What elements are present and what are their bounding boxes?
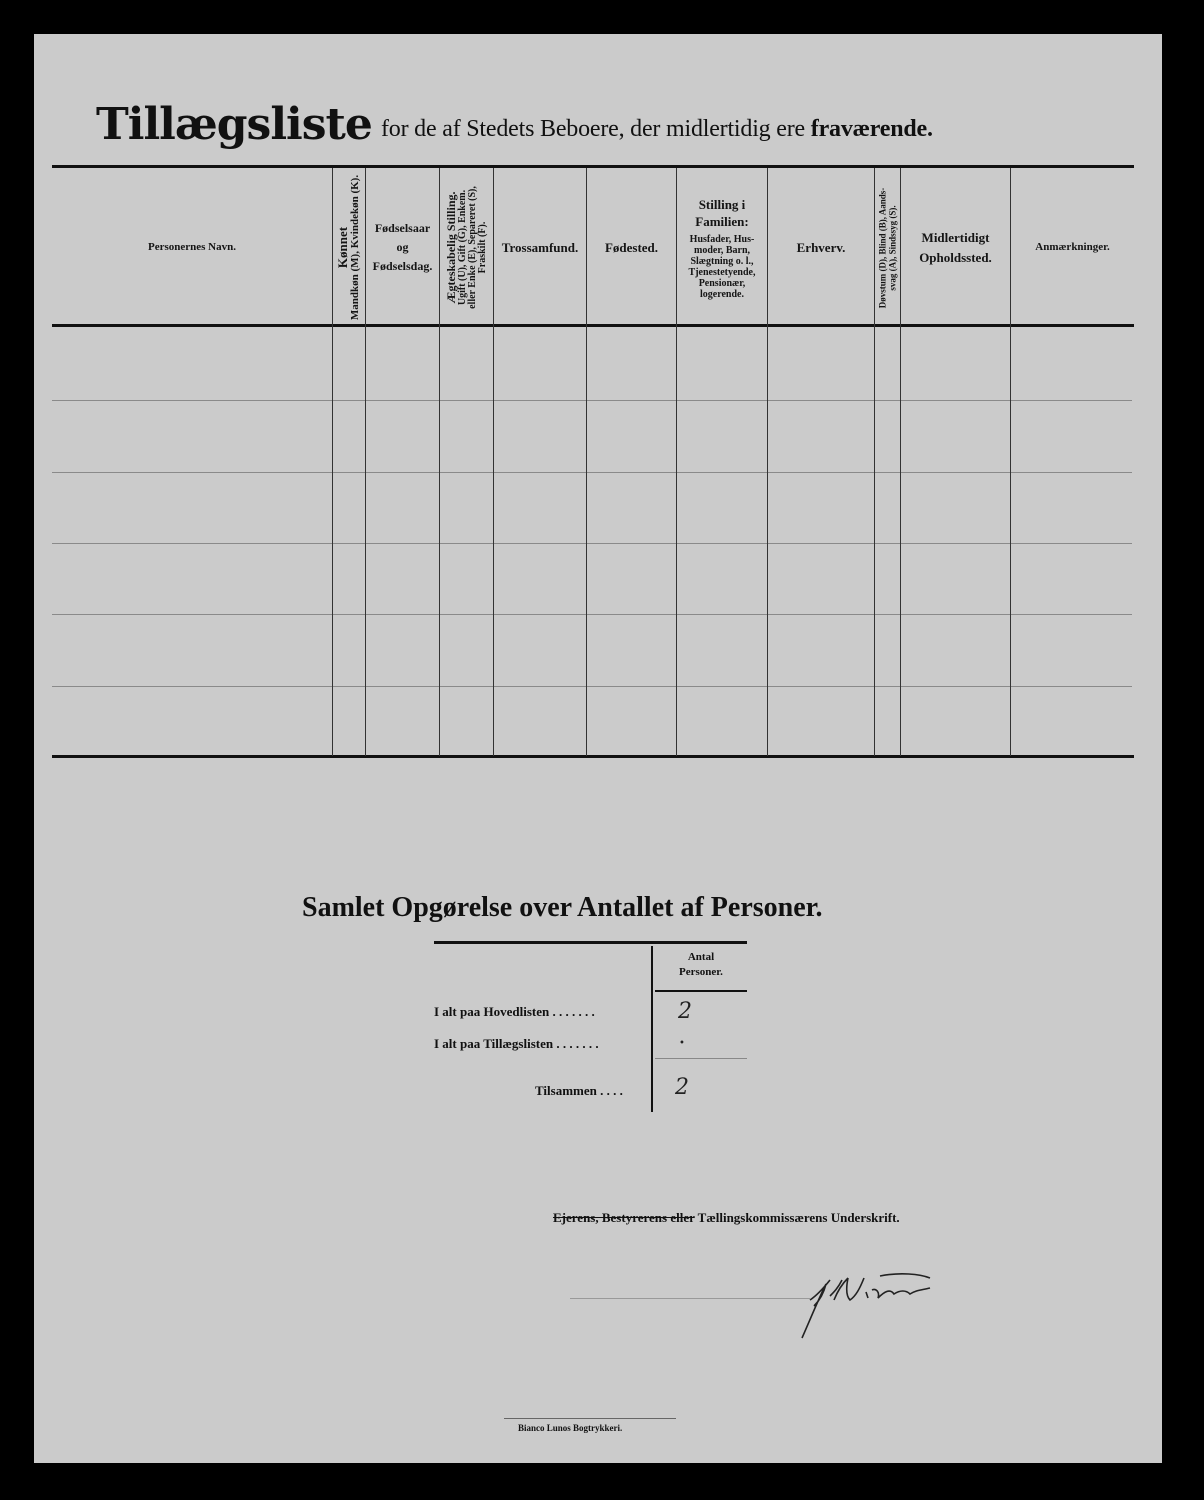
disability-line2: svag (A), Sindssyg (S). — [888, 187, 898, 308]
family-line2: Familien: — [695, 213, 748, 230]
summary-row-supplement-label: I alt paa Tillægslisten . . . . . . . — [434, 1036, 599, 1052]
remarks-label: Anmærkninger. — [1035, 241, 1109, 254]
form-subtitle-bold: fraværende. — [811, 116, 933, 142]
summary-title: Samlet Opgørelse over Antallet af Person… — [302, 890, 823, 926]
signature-caption-text: Tællingskommissærens Underskrift. — [698, 1210, 900, 1225]
birthplace-label: Fødested. — [605, 238, 658, 257]
form-subtitle-text: for de af Stedets Beboere, der midlertid… — [381, 116, 805, 142]
column-header-religion: Trossamfund. — [494, 170, 586, 325]
family-line7: Pensionær, — [699, 278, 746, 289]
family-line3: Husfader, Hus- — [690, 234, 755, 245]
column-header-name: Personernes Navn. — [52, 170, 332, 325]
row-separator — [52, 686, 1132, 687]
birth-line2: og — [397, 238, 409, 257]
column-header-birth: Fødselsaar og Fødselsdag. — [366, 170, 439, 325]
marital-line4: Fraskilt (F). — [478, 186, 488, 309]
column-header-disability-label: Døvstum (D), Blind (B), Aands- svag (A),… — [878, 187, 898, 308]
printer-rule — [504, 1418, 676, 1419]
signature-line — [570, 1298, 810, 1299]
signature-scribble-icon — [790, 1270, 940, 1340]
column-header-family-position: Stilling i Familien: Husfader, Hus- mode… — [677, 170, 767, 325]
column-header-gender: Kønnet Mandkøn (M), Kvindekøn (K). — [333, 170, 365, 325]
summary-column-header: Antal Personer. — [655, 950, 747, 980]
family-line4: moder, Barn, — [694, 245, 750, 256]
column-header-marital: Ægteskabelig Stilling. Ugift (U), Gift (… — [440, 170, 493, 325]
summary-row-total-label: Tilsammen . . . . — [535, 1083, 623, 1099]
summary-subtotal-rule — [655, 1058, 747, 1059]
family-line6: Tjenestetyende, — [689, 267, 756, 278]
temp-residence-line2: Opholdssted. — [919, 248, 992, 268]
summary-row-total-value: 2 — [675, 1076, 689, 1100]
disability-line1: Døvstum (D), Blind (B), Aands- — [878, 187, 888, 308]
column-header-gender-label: Kønnet Mandkøn (M), Kvindekøn (K). — [337, 175, 362, 320]
birth-line3: Fødselsdag. — [373, 257, 433, 276]
family-line8: logerende. — [700, 289, 744, 300]
column-header-birthplace: Fødested. — [587, 170, 676, 325]
printer-credit: Bianco Lunos Bogtrykkeri. — [518, 1423, 622, 1433]
column-header-temp-residence: Midlertidigt Opholdssted. — [901, 170, 1010, 325]
row-separator — [52, 543, 1132, 544]
occupation-label: Erhverv. — [797, 238, 846, 257]
signature-caption: Ejerens, Bestyrerens eller Tællingskommi… — [553, 1210, 900, 1226]
signature-handwritten: H. Nielsen — [790, 1270, 940, 1340]
column-header-disability: Døvstum (D), Blind (B), Aands- svag (A),… — [875, 170, 900, 325]
column-header-name-label: Personernes Navn. — [148, 241, 236, 254]
summary-header-line1: Antal — [655, 950, 747, 965]
religion-label: Trossamfund. — [502, 238, 578, 257]
summary-header-line2: Personer. — [655, 965, 747, 980]
gender-options: Mandkøn (M), Kvindekøn (K). — [351, 175, 362, 320]
summary-row-main-list-value: 2 — [678, 1000, 692, 1024]
family-line5: Slægtning o. l., — [690, 256, 753, 267]
row-separator — [52, 614, 1132, 615]
birth-line1: Fødselsaar — [375, 219, 430, 238]
row-separator — [52, 400, 1132, 401]
table-top-rule — [52, 165, 1134, 168]
column-header-occupation: Erhverv. — [768, 170, 874, 325]
summary-vertical-rule — [651, 946, 653, 1112]
column-header-remarks: Anmærkninger. — [1011, 170, 1134, 325]
summary-row-main-list-label: I alt paa Hovedlisten . . . . . . . — [434, 1004, 595, 1020]
summary-top-rule — [434, 941, 747, 944]
form-title: Tillægsliste — [96, 100, 372, 150]
column-header-marital-label: Ægteskabelig Stilling. Ugift (U), Gift (… — [445, 186, 488, 309]
signature-caption-struck: Ejerens, Bestyrerens eller — [553, 1210, 695, 1225]
form-subtitle: for de af Stedets Beboere, der midlertid… — [381, 112, 933, 146]
summary-row-supplement-value: • — [679, 1032, 685, 1056]
table-bottom-rule — [52, 755, 1134, 758]
temp-residence-line1: Midlertidigt — [922, 228, 990, 248]
summary-header-rule — [655, 990, 747, 992]
row-separator — [52, 472, 1132, 473]
family-line1: Stilling i — [699, 196, 746, 213]
